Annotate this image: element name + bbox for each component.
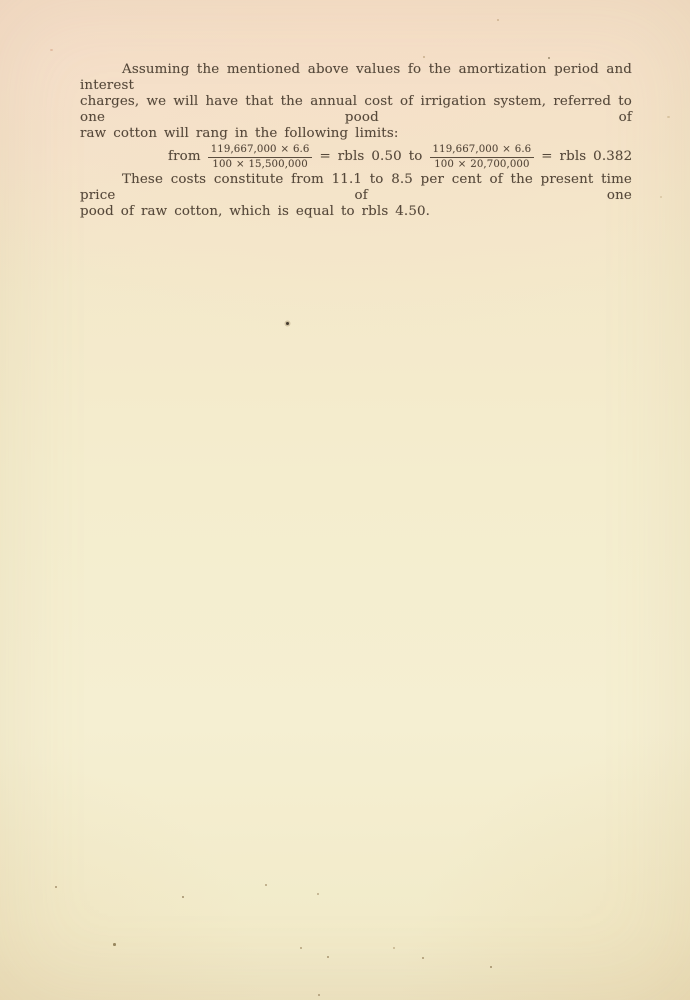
paragraph1-line1: Assuming the mentioned above values fo t… xyxy=(80,62,632,94)
paper-speck xyxy=(265,884,267,886)
paper-speck xyxy=(548,57,550,59)
paper-speck xyxy=(490,966,492,968)
paper-speck xyxy=(50,49,53,51)
paper-speck xyxy=(55,886,57,888)
formula-connector: to xyxy=(409,149,423,165)
ink-speck xyxy=(286,322,289,325)
scanned-page: Assuming the mentioned above values fo t… xyxy=(0,0,690,1000)
paper-speck xyxy=(667,116,670,118)
fraction-1-numerator: 119,667,000 × 6.6 xyxy=(208,144,313,158)
paper-speck xyxy=(497,19,499,21)
paper-speck xyxy=(317,893,319,895)
paper-speck xyxy=(300,947,302,949)
fraction-2-denominator: 100 × 20,700,000 xyxy=(430,158,535,171)
formula-line: from 119,667,000 × 6.6 100 × 15,500,000 … xyxy=(168,144,632,170)
fraction-1-denominator: 100 × 15,500,000 xyxy=(208,158,313,171)
paper-speck xyxy=(660,196,662,198)
paper-speck xyxy=(422,957,424,959)
paragraph1-line2: charges, we will have that the annual co… xyxy=(80,94,632,126)
fraction-2: 119,667,000 × 6.6 100 × 20,700,000 xyxy=(430,144,535,170)
paragraph1-line3: raw cotton will rang in the following li… xyxy=(80,126,632,142)
paragraph2-line1: These costs constitute from 11.1 to 8.5 … xyxy=(80,172,632,204)
formula-result-1: = rbls 0.50 xyxy=(319,149,401,165)
paper-speck xyxy=(113,943,116,946)
paper-speck xyxy=(327,956,329,958)
paper-speck xyxy=(182,896,184,898)
paper-speck xyxy=(393,947,395,949)
paragraph2-line2: pood of raw cotton, which is equal to rb… xyxy=(80,204,632,220)
paper-speck xyxy=(423,56,425,58)
fraction-2-numerator: 119,667,000 × 6.6 xyxy=(430,144,535,158)
fraction-1: 119,667,000 × 6.6 100 × 15,500,000 xyxy=(208,144,313,170)
formula-result-2: = rbls 0.382 xyxy=(541,149,632,165)
text-block: Assuming the mentioned above values fo t… xyxy=(80,62,632,220)
formula-prefix: from xyxy=(168,149,201,165)
paper-speck xyxy=(318,994,320,996)
